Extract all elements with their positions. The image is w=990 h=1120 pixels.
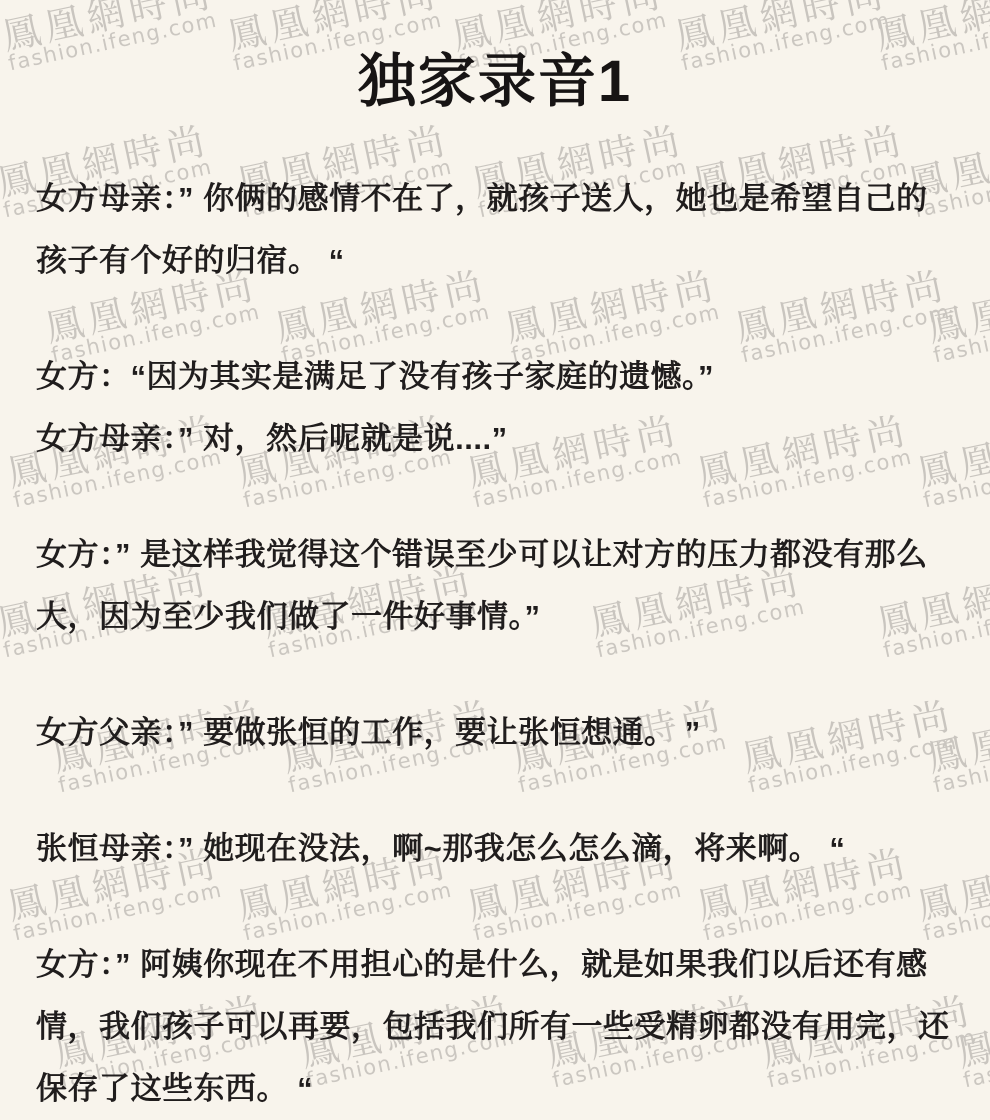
transcript-line: 女方：” 是这样我觉得这个错误至少可以让对方的压力都没有那么 大，因为至少我们做…: [36, 524, 954, 648]
transcript-line: 女方母亲：” 对，然后呢就是说....”: [36, 408, 954, 470]
article-page: 鳳凰網時尚fashion.ifeng.com鳳凰網時尚fashion.ifeng…: [0, 0, 990, 1120]
transcript-line: 女方：” 阿姨你现在不用担心的是什么，就是如果我们以后还有感 情，我们孩子可以再…: [36, 934, 954, 1120]
transcript-content: 独家录音1 女方母亲：” 你俩的感情不在了，就孩子送人，她也是希望自己的 孩子有…: [0, 34, 990, 1120]
transcript-line: 张恒母亲：” 她现在没法，啊~那我怎么怎么滴，将来啊。 “: [36, 818, 954, 880]
transcript-line: 女方父亲：” 要做张恒的工作，要让张恒想通。 ”: [36, 702, 954, 764]
transcript-line: 女方：“因为其实是满足了没有孩子家庭的遗憾。”: [36, 346, 954, 408]
transcript-line: 女方母亲：” 你俩的感情不在了，就孩子送人，她也是希望自己的 孩子有个好的归宿。…: [36, 168, 954, 292]
page-title: 独家录音1: [36, 34, 954, 118]
